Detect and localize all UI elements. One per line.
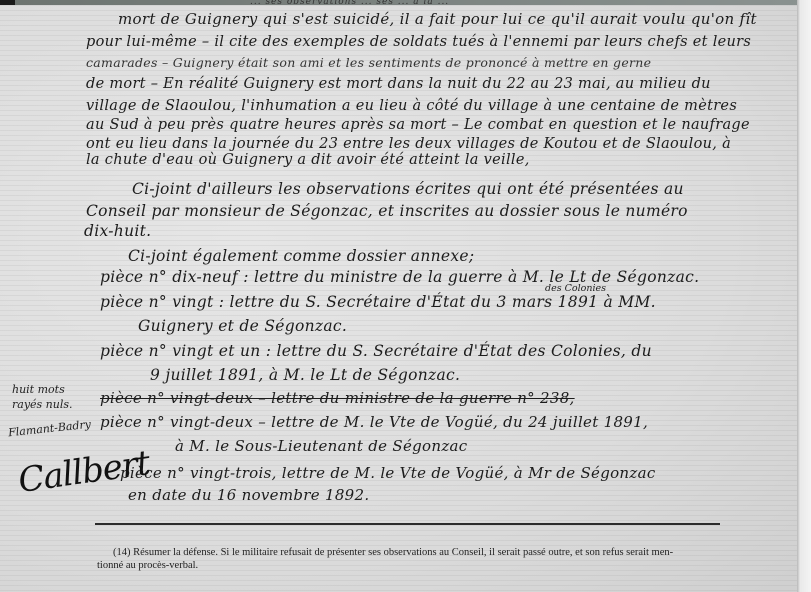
margin-note-words-count: huit mots (12, 383, 65, 396)
handwritten-line-3: camarades – Guignery était son ami et le… (86, 55, 651, 70)
manuscript-page: ... ses observations ... ses ... à la ..… (0, 0, 811, 592)
margin-note-struck-void: rayés nuls. (12, 398, 73, 411)
handwritten-line-15: Guignery et de Ségonzac. (138, 317, 347, 335)
handwritten-line-21: pièce n° vingt-trois, lettre de M. le Vt… (120, 464, 656, 482)
cut-off-top-line: ... ses observations ... ses ... à la ..… (250, 0, 810, 7)
handwritten-line-20: à M. le Sous-Lieutenant de Ségonzac (175, 437, 467, 455)
handwritten-line-8: la chute d'eau où Guignery a dit avoir é… (86, 152, 530, 168)
handwritten-line-9: Ci-joint d'ailleurs les observations écr… (132, 180, 684, 198)
handwritten-line-18-struck: pièce n° vingt-deux – lettre du ministre… (100, 389, 575, 407)
handwritten-line-2: pour lui-même – il cite des exemples de … (86, 34, 751, 50)
handwritten-line-14: pièce n° vingt : lettre du S. Secrétaire… (100, 293, 656, 311)
printed-footnote: (14) Résumer la défense. Si le militaire… (113, 546, 753, 572)
margin-note-name: Flamant-Badry (8, 418, 92, 440)
handwritten-line-6: au Sud à peu près quatre heures après sa… (86, 117, 750, 133)
footnote-line-1: (14) Résumer la défense. Si le militaire… (113, 547, 673, 558)
handwritten-line-22: en date du 16 novembre 1892. (128, 486, 369, 504)
handwritten-line-10: Conseil par monsieur de Ségonzac, et ins… (86, 202, 688, 220)
handwritten-line-4: de mort – En réalité Guignery est mort d… (86, 76, 711, 92)
footnote-divider (95, 523, 720, 525)
handwritten-line-17: 9 juillet 1891, à M. le Lt de Ségonzac. (150, 366, 460, 384)
handwritten-line-5: village de Slaoulou, l'inhumation a eu l… (86, 98, 737, 114)
handwritten-line-12: Ci-joint également comme dossier annexe; (128, 247, 474, 265)
handwritten-line-11: dix-huit. (84, 222, 151, 240)
scan-right-edge (797, 0, 811, 592)
handwritten-line-16: pièce n° vingt et un : lettre du S. Secr… (100, 342, 652, 360)
interlinear-insertion: des Colonies (545, 283, 606, 294)
handwritten-line-19: pièce n° vingt-deux – lettre de M. le Vt… (100, 413, 648, 431)
handwritten-line-1: mort de Guignery qui s'est suicidé, il a… (118, 10, 757, 28)
footnote-line-2: tionné au procès-verbal. (97, 559, 753, 572)
handwritten-line-13: pièce n° dix-neuf : lettre du ministre d… (100, 268, 699, 286)
handwritten-line-7: ont eu lieu dans la journée du 23 entre … (86, 136, 731, 152)
